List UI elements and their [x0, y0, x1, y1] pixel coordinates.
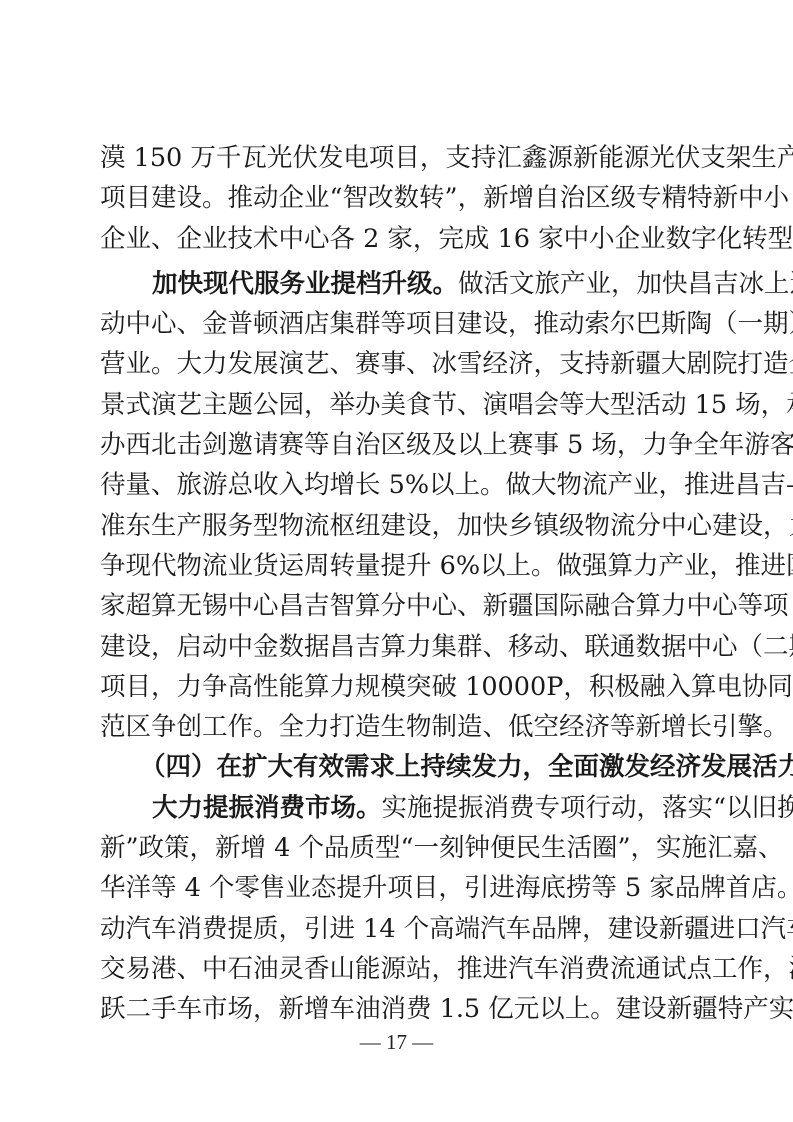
paragraph-modern-services: 加快现代服务业提档升级。做活文旅产业，加快昌吉冰上运 动中心、金普顿酒店集群等项… — [100, 264, 692, 748]
text-line: 企业、企业技术中心各 2 家，完成 16 家中小企业数字化转型。 — [100, 219, 692, 259]
text-line: 建设，启动中金数据昌吉算力集群、移动、联通数据中心（二期） — [100, 627, 692, 667]
text-line: 办西北击剑邀请赛等自治区级及以上赛事 5 场，力争全年游客接 — [100, 425, 692, 465]
text-line: 加快现代服务业提档升级。做活文旅产业，加快昌吉冰上运 — [100, 264, 692, 304]
text-line: 跃二手车市场，新增车油消费 1.5 亿元以上。建设新疆特产实景 — [100, 989, 692, 1029]
document-page: 漠 150 万千瓦光伏发电项目，支持汇鑫源新能源光伏支架生产线 项目建设。推动企… — [100, 138, 692, 1030]
text-line: 项目建设。推动企业“智改数转”，新增自治区级专精特新中小 — [100, 178, 692, 218]
text-line: 漠 150 万千瓦光伏发电项目，支持汇鑫源新能源光伏支架生产线 — [100, 138, 692, 178]
text-line: 范区争创工作。全力打造生物制造、低空经济等新增长引擎。 — [100, 707, 692, 747]
text-line: 营业。大力发展演艺、赛事、冰雪经济，支持新疆大剧院打造全 — [100, 344, 692, 384]
text-line: 华洋等 4 个零售业态提升项目，引进海底捞等 5 家品牌首店。推 — [100, 868, 692, 908]
text-span: 实施提振消费专项行动，落实“以旧换 — [382, 793, 793, 823]
text-span: 做活文旅产业，加快昌吉冰上运 — [458, 269, 793, 299]
text-line: 家超算无锡中心昌吉智算分中心、新疆国际融合算力中心等项目 — [100, 586, 692, 626]
paragraph-solar-projects: 漠 150 万千瓦光伏发电项目，支持汇鑫源新能源光伏支架生产线 项目建设。推动企… — [100, 138, 692, 259]
text-line: 动汽车消费提质，引进 14 个高端汽车品牌，建设新疆进口汽车 — [100, 909, 692, 949]
text-line: 景式演艺主题公园，举办美食节、演唱会等大型活动 15 场，承 — [100, 385, 692, 425]
text-line: 争现代物流业货运周转量提升 6%以上。做强算力产业，推进国 — [100, 546, 692, 586]
page-number: — 17 — — [0, 1030, 793, 1055]
text-line: 准东生产服务型物流枢纽建设，加快乡镇级物流分中心建设，力 — [100, 506, 692, 546]
text-line: 待量、旅游总收入均增长 5%以上。做大物流产业，推进昌吉— — [100, 465, 692, 505]
paragraph-heading: 大力提振消费市场。 — [152, 793, 382, 823]
text-line: 交易港、中石油灵香山能源站，推进汽车消费流通试点工作，活 — [100, 949, 692, 989]
paragraph-heading: 加快现代服务业提档升级。 — [152, 269, 458, 299]
section-heading: （四）在扩大有效需求上持续发力，全面激发经济发展活力 — [100, 747, 692, 787]
text-line: 新”政策，新增 4 个品质型“一刻钟便民生活圈”，实施汇嘉、 — [100, 828, 692, 868]
paragraph-consumption-market: 大力提振消费市场。实施提振消费专项行动，落实“以旧换 新”政策，新增 4 个品质… — [100, 788, 692, 1030]
text-line: 项目，力争高性能算力规模突破 10000P，积极融入算电协同示 — [100, 667, 692, 707]
text-line: 大力提振消费市场。实施提振消费专项行动，落实“以旧换 — [100, 788, 692, 828]
text-line: 动中心、金普顿酒店集群等项目建设，推动索尔巴斯陶（一期） — [100, 304, 692, 344]
